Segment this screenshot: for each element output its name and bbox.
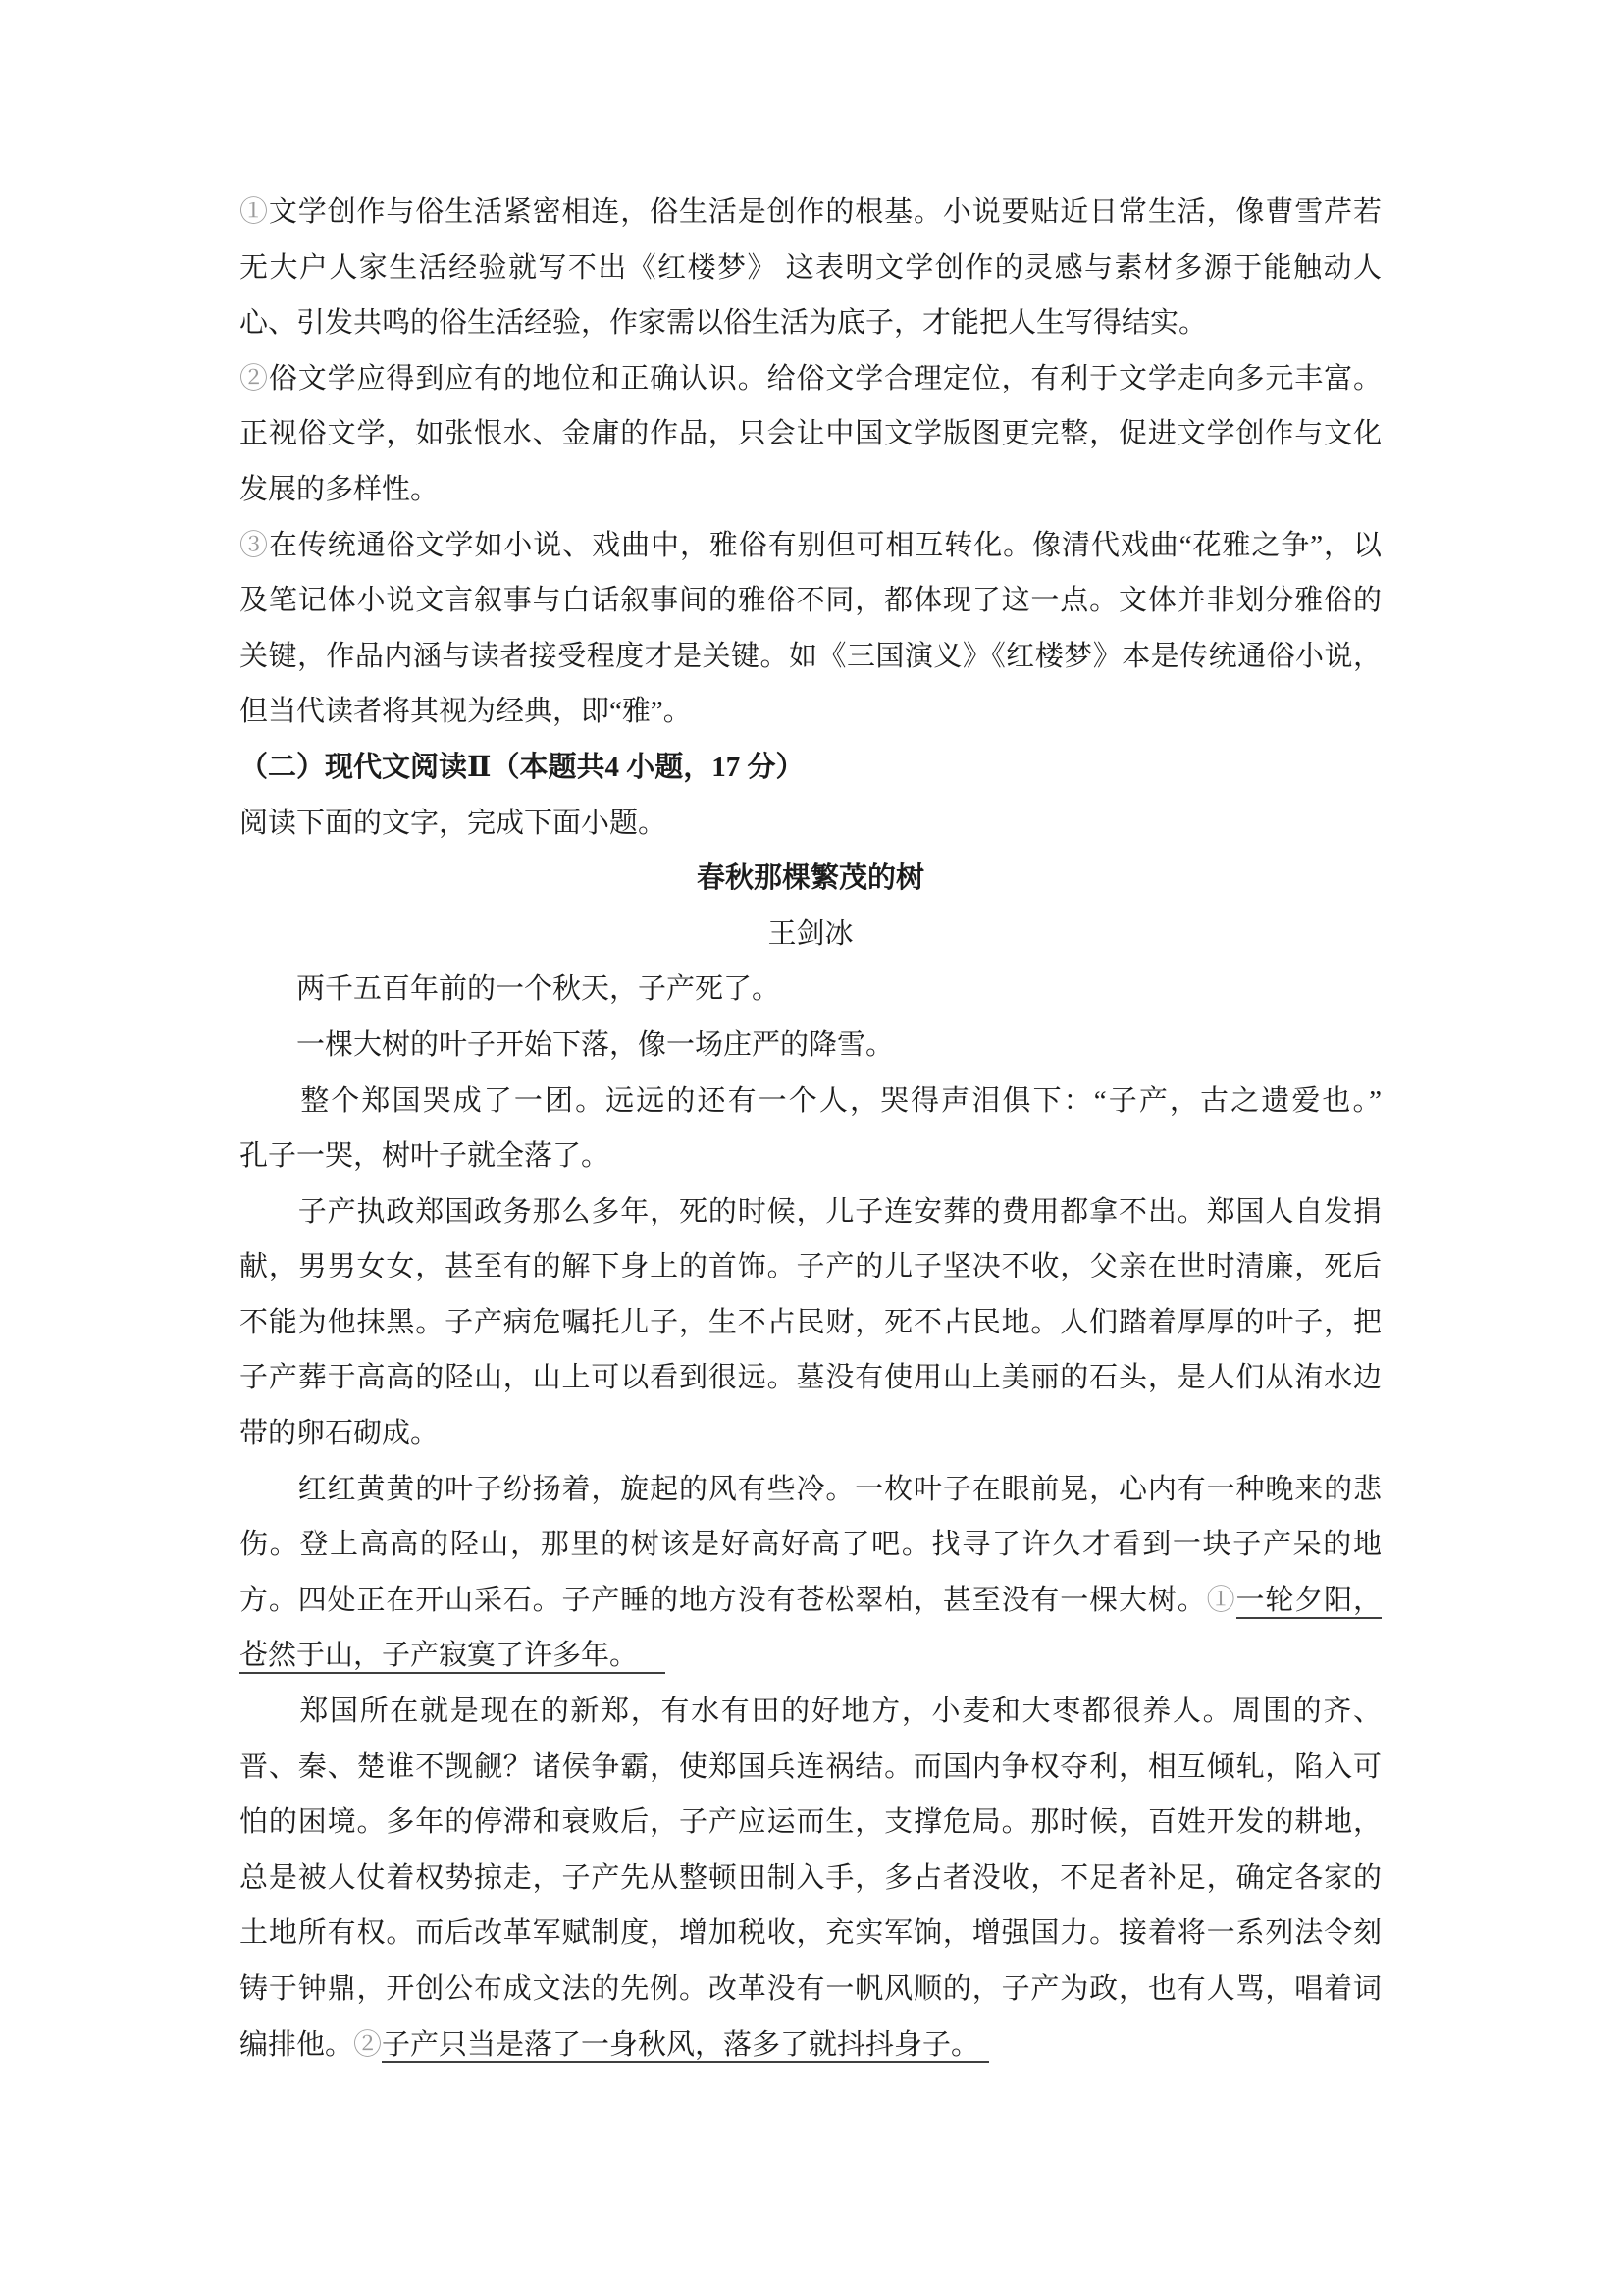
text-segment: 但当代读者将其视为经典，即“雅”。 <box>239 696 692 727</box>
text-line: 带的卵石砌成。 <box>239 1406 1382 1462</box>
text-segment: 一棵大树的叶子开始下落，像一场庄严的降雪。 <box>239 1029 894 1061</box>
text-segment: 子产葬于高高的陉山，山上可以看到很远。墓没有使用山上美丽的石头，是人们从洧水边 <box>239 1362 1382 1393</box>
text-segment: （二）现代文阅读Ⅱ（本题共4 小题，17 分） <box>239 752 804 783</box>
underlined-text: 子产只当是落了一身秋风，落多了就抖抖身子。 <box>382 2029 989 2063</box>
text-line: 总是被人仗着权势掠走，子产先从整顿田制入手，多占者没收，不足者补足，确定各家的 <box>239 1851 1382 1906</box>
text-line: ①文学创作与俗生活紧密相连，俗生活是创作的根基。小说要贴近日常生活，像曹雪芹若 <box>239 184 1382 240</box>
text-segment: 献，男男女女，甚至有的解下身上的首饰。子产的儿子坚决不收，父亲在世时清廉，死后 <box>239 1251 1382 1282</box>
text-segment: 两千五百年前的一个秋天，子产死了。 <box>239 973 780 1005</box>
text-segment: 整个郑国哭成了一团。远远的还有一个人，哭得声泪俱下：“子产，古之遗爱也。” <box>239 1085 1382 1117</box>
circled-number: ② <box>353 2029 382 2061</box>
text-line: 正视俗文学，如张恨水、金庸的作品，只会让中国文学版图更完整，促进文学创作与文化 <box>239 406 1382 462</box>
essay-author: 王剑冰 <box>239 907 1382 963</box>
text-line: 发展的多样性。 <box>239 462 1382 518</box>
text-segment: 方。四处正在开山采石。子产睡的地方没有苍松翠柏，甚至没有一棵大树。 <box>239 1585 1207 1616</box>
text-line: 伤。登上高高的陉山，那里的树该是好高好高了吧。找寻了许久才看到一块子产呆的地 <box>239 1517 1382 1573</box>
text-segment: 无大户人家生活经验就写不出《红楼梦》 这表明文学创作的灵感与素材多源于能触动人 <box>239 252 1382 284</box>
text-line: 子产葬于高高的陉山，山上可以看到很远。墓没有使用山上美丽的石头，是人们从洧水边 <box>239 1350 1382 1406</box>
text-line: 无大户人家生活经验就写不出《红楼梦》 这表明文学创作的灵感与素材多源于能触动人 <box>239 240 1382 296</box>
text-segment: 俗文学应得到应有的地位和正确认识。给俗文学合理定位，有利于文学走向多元丰富。 <box>269 363 1382 394</box>
reading-instruction: 阅读下面的文字，完成下面小题。 <box>239 796 1382 852</box>
text-segment: 子产执政郑国政务那么多年，死的时候，儿子连安葬的费用都拿不出。郑国人自发捐 <box>239 1196 1382 1227</box>
text-segment: 阅读下面的文字，完成下面小题。 <box>239 808 666 839</box>
text-line: 郑国所在就是现在的新郑，有水有田的好地方，小麦和大枣都很养人。周围的齐、 <box>239 1684 1382 1740</box>
text-line: 不能为他抹黑。子产病危嘱托儿子，生不占民财，死不占民地。人们踏着厚厚的叶子，把 <box>239 1295 1382 1351</box>
underlined-text: 一轮夕阳， <box>1236 1585 1382 1619</box>
text-segment: 春秋那棵繁茂的树 <box>697 862 924 894</box>
text-line: 土地所有权。而后改革军赋制度，增加税收，充实军饷，增强国力。接着将一系列法令刻 <box>239 1905 1382 1961</box>
text-segment: 总是被人仗着权势掠走，子产先从整顿田制入手，多占者没收，不足者补足，确定各家的 <box>239 1862 1382 1894</box>
text-segment: 发展的多样性。 <box>239 474 439 505</box>
text-segment: 王剑冰 <box>767 918 853 950</box>
text-segment: 带的卵石砌成。 <box>239 1418 439 1449</box>
text-segment: 郑国所在就是现在的新郑，有水有田的好地方，小麦和大枣都很养人。周围的齐、 <box>239 1696 1382 1727</box>
text-segment: 伤。登上高高的陉山，那里的树该是好高好高了吧。找寻了许久才看到一块子产呆的地 <box>239 1529 1382 1560</box>
text-line: 子产执政郑国政务那么多年，死的时候，儿子连安葬的费用都拿不出。郑国人自发捐 <box>239 1184 1382 1240</box>
text-line: 但当代读者将其视为经典，即“雅”。 <box>239 684 1382 740</box>
text-segment: 心、引发共鸣的俗生活经验，作家需以俗生活为底子，才能把人生写得结实。 <box>239 307 1207 339</box>
text-line: 两千五百年前的一个秋天，子产死了。 <box>239 962 1382 1018</box>
text-line: 关键，作品内涵与读者接受程度才是关键。如《三国演义》《红楼梦》本是传统通俗小说， <box>239 629 1382 685</box>
text-line: 铸于钟鼎，开创公布成文法的先例。改革没有一帆风顺的，子产为政，也有人骂，唱着词 <box>239 1961 1382 2017</box>
text-segment: 土地所有权。而后改革军赋制度，增加税收，充实军饷，增强国力。接着将一系列法令刻 <box>239 1917 1382 1949</box>
text-line: 心、引发共鸣的俗生活经验，作家需以俗生活为底子，才能把人生写得结实。 <box>239 295 1382 351</box>
text-segment: 编排他。 <box>239 2029 353 2061</box>
text-line: 红红黄黄的叶子纷扬着，旋起的风有些冷。一枚叶子在眼前晃，心内有一种晚来的悲 <box>239 1462 1382 1518</box>
underlined-text: 苍然于山，子产寂寞了许多年。 <box>239 1640 665 1674</box>
document-content: ①文学创作与俗生活紧密相连，俗生活是创作的根基。小说要贴近日常生活，像曹雪芹若无… <box>239 184 1382 2072</box>
text-segment: 在传统通俗文学如小说、戏曲中，雅俗有别但可相互转化。像清代戏曲“花雅之争”，以 <box>269 530 1382 561</box>
circled-number: ③ <box>239 530 269 561</box>
text-line: 怕的困境。多年的停滞和衰败后，子产应运而生，支撑危局。那时候，百姓开发的耕地， <box>239 1795 1382 1851</box>
circled-number: ① <box>239 196 269 228</box>
text-line: 献，男男女女，甚至有的解下身上的首饰。子产的儿子坚决不收，父亲在世时清廉，死后 <box>239 1239 1382 1295</box>
document-page: ①文学创作与俗生活紧密相连，俗生活是创作的根基。小说要贴近日常生活，像曹雪芹若无… <box>0 0 1623 2296</box>
text-line: 一棵大树的叶子开始下落，像一场庄严的降雪。 <box>239 1018 1382 1073</box>
text-line: 苍然于山，子产寂寞了许多年。 <box>239 1628 1382 1684</box>
text-segment: 红红黄黄的叶子纷扬着，旋起的风有些冷。一枚叶子在眼前晃，心内有一种晚来的悲 <box>239 1474 1382 1505</box>
text-line: 及笔记体小说文言叙事与白话叙事间的雅俗不同，都体现了这一点。文体并非划分雅俗的 <box>239 573 1382 629</box>
text-segment: 铸于钟鼎，开创公布成文法的先例。改革没有一帆风顺的，子产为政，也有人骂，唱着词 <box>239 1973 1382 2005</box>
text-segment: 孔子一哭，树叶子就全落了。 <box>239 1140 609 1172</box>
text-segment: 关键，作品内涵与读者接受程度才是关键。如《三国演义》《红楼梦》本是传统通俗小说， <box>239 641 1382 672</box>
text-segment: 不能为他抹黑。子产病危嘱托儿子，生不占民财，死不占民地。人们踏着厚厚的叶子，把 <box>239 1307 1382 1338</box>
text-segment: 及笔记体小说文言叙事与白话叙事间的雅俗不同，都体现了这一点。文体并非划分雅俗的 <box>239 585 1382 616</box>
text-line: 晋、秦、楚谁不觊觎？诸侯争霸，使郑国兵连祸结。而国内争权夺利，相互倾轧，陷入可 <box>239 1740 1382 1796</box>
text-line: 方。四处正在开山采石。子产睡的地方没有苍松翠柏，甚至没有一棵大树。①一轮夕阳， <box>239 1573 1382 1629</box>
circled-number: ② <box>239 363 269 394</box>
text-segment: 文学创作与俗生活紧密相连，俗生活是创作的根基。小说要贴近日常生活，像曹雪芹若 <box>269 196 1382 228</box>
text-segment: 晋、秦、楚谁不觊觎？诸侯争霸，使郑国兵连祸结。而国内争权夺利，相互倾轧，陷入可 <box>239 1751 1382 1783</box>
text-line: ③在传统通俗文学如小说、戏曲中，雅俗有别但可相互转化。像清代戏曲“花雅之争”，以 <box>239 518 1382 574</box>
essay-title: 春秋那棵繁茂的树 <box>239 851 1382 907</box>
text-segment: 正视俗文学，如张恨水、金庸的作品，只会让中国文学版图更完整，促进文学创作与文化 <box>239 418 1382 449</box>
text-line: 编排他。②子产只当是落了一身秋风，落多了就抖抖身子。 <box>239 2017 1382 2073</box>
text-line: 孔子一哭，树叶子就全落了。 <box>239 1128 1382 1184</box>
circled-number: ① <box>1207 1585 1236 1616</box>
text-segment: 怕的困境。多年的停滞和衰败后，子产应运而生，支撑危局。那时候，百姓开发的耕地， <box>239 1806 1382 1838</box>
text-line: 整个郑国哭成了一团。远远的还有一个人，哭得声泪俱下：“子产，古之遗爱也。” <box>239 1073 1382 1129</box>
section-heading: （二）现代文阅读Ⅱ（本题共4 小题，17 分） <box>239 740 1382 796</box>
text-line: ②俗文学应得到应有的地位和正确认识。给俗文学合理定位，有利于文学走向多元丰富。 <box>239 351 1382 407</box>
